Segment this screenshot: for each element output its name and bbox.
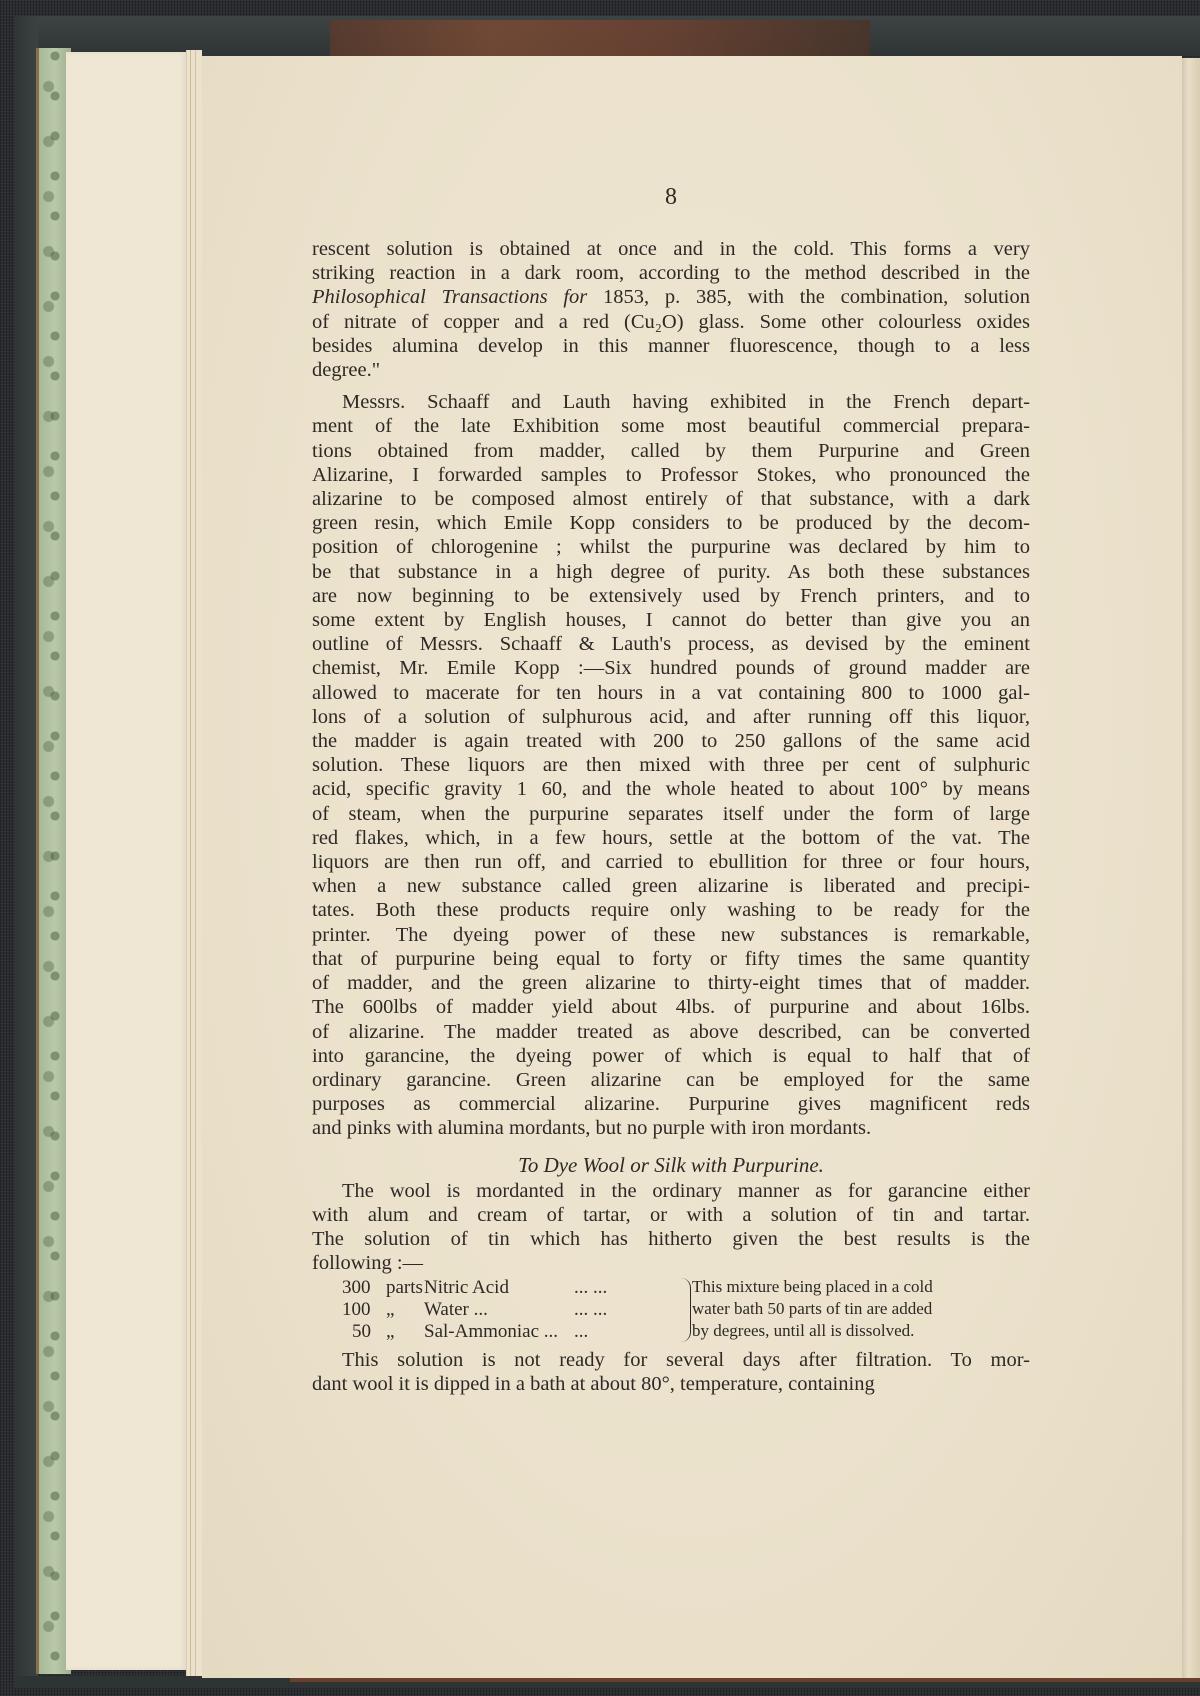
recipe-row: 50„Sal-Ammoniac ... ... [352,1320,634,1344]
recipe-note-line: by degrees, until all is dissolved. [692,1320,1032,1342]
text-line: red flakes, which, in a few hours, settl… [312,826,1030,850]
text-line: solution. These liquors are then mixed w… [312,753,1030,777]
recipe-qty: 50 [352,1320,386,1344]
recipe-qty: 300 [342,1276,386,1300]
text-line: Alizarine, I forwarded samples to Profes… [312,463,1030,487]
text-line: when a new substance called green alizar… [312,874,1030,898]
recipe-unit: „ [386,1320,424,1344]
text-line: green resin, which Emile Kopp considers … [312,511,1030,535]
recipe-ingredient: Nitric Acid [424,1276,574,1300]
page-text-block: 8 rescent solution is obtained at once a… [312,185,1030,1396]
text-line: The wool is mordanted in the ordinary ma… [312,1179,1030,1203]
recipe-note-line: This mixture being placed in a cold [692,1276,1032,1298]
citation-rest: 1853, p. 385, with the combination, solu… [603,286,1030,308]
text-line: of nitrate of copper and a red (Cu₂O) gl… [312,310,1030,334]
text-line: alizarine to be composed almost entirely… [312,487,1030,511]
text-line: position of chlorogenine ; whilst the pu… [312,535,1030,559]
text-line: following :— [312,1251,1030,1275]
leather-binding-left [14,16,38,1680]
recipe-ingredient: Sal-Ammoniac ... [424,1320,574,1344]
text-line: striking reaction in a dark room, accord… [312,261,1030,285]
recipe-note: This mixture being placed in a cold wate… [692,1276,1032,1342]
text-line: outline of Messrs. Schaaff & Lauth's pro… [312,632,1030,656]
paragraph-quote-end: rescent solution is obtained at once and… [312,237,1030,382]
text-line: allowed to macerate for ten hours in a v… [312,681,1030,705]
recipe-unit: „ [386,1298,424,1322]
text-line: This solution is not ready for several d… [312,1348,1030,1372]
text-line: liquors are then run off, and carried to… [312,850,1030,874]
citation-italic: Philosophical Transactions for [312,286,587,308]
text-line: ordinary garancine. Green alizarine can … [312,1068,1030,1092]
brace-bracket [680,1278,691,1342]
text-line: The 600lbs of madder yield about 4lbs. o… [312,995,1030,1019]
text-line: of steam, when the purpurine separates i… [312,802,1030,826]
text-line: The solution of tin which has hitherto g… [312,1227,1030,1251]
section-heading: To Dye Wool or Silk with Purpurine. [312,1153,1030,1177]
text-line: are now beginning to be extensively used… [312,584,1030,608]
recipe-leader: ... [574,1320,634,1344]
paragraph-wool-mordant: The wool is mordanted in the ordinary ma… [312,1179,1030,1276]
page-number: 8 [312,185,1030,209]
text-line: with alum and cream of tartar, or with a… [312,1203,1030,1227]
text-line: into garancine, the dyeing power of whic… [312,1044,1030,1068]
recipe-unit: parts [386,1276,424,1300]
text-line: degree." [312,358,1030,382]
recipe-row: 300partsNitric Acid... ... [342,1276,634,1300]
text-line: rescent solution is obtained at once and… [312,237,1030,261]
text-line: chemist, Mr. Emile Kopp :—Six hundred po… [312,656,1030,680]
text-line: lons of a solution of sulphurous acid, a… [312,705,1030,729]
text-line: tates. Both these products require only … [312,898,1030,922]
recipe-note-line: water bath 50 parts of tin are added [692,1298,1032,1320]
text-line: of madder, and the green alizarine to th… [312,971,1030,995]
flyleaf-page [66,52,188,1670]
text-line-with-citation: Philosophical Transactions for 1853, p. … [312,285,1030,309]
text-line: Messrs. Schaaff and Lauth having exhibit… [312,390,1030,414]
text-line: dant wool it is dipped in a bath at abou… [312,1372,1030,1396]
paragraph-final: This solution is not ready for several d… [312,1348,1030,1396]
text-line: tions obtained from madder, called by th… [312,439,1030,463]
text-line: and pinks with alumina mordants, but no … [312,1116,1030,1140]
recipe-table: 300partsNitric Acid... ... 100„Water ...… [312,1276,1030,1348]
recipe-row: 100„Water ...... ... [342,1298,634,1322]
text-line: acid, specific gravity 1 60, and the who… [312,777,1030,801]
text-line: purposes as commercial alizarine. Purpur… [312,1092,1030,1116]
page-right-edge [1180,58,1200,1678]
recipe-leader: ... ... [574,1298,634,1322]
leather-binding-worn-patch [330,20,870,56]
recipe-qty: 100 [342,1298,386,1322]
text-line: some extent by English houses, I cannot … [312,608,1030,632]
text-line: of alizarine. The madder treated as abov… [312,1020,1030,1044]
recipe-leader: ... ... [574,1276,634,1300]
text-line: that of purpurine being equal to forty o… [312,947,1030,971]
paragraph-schaaff-lauth: Messrs. Schaaff and Lauth having exhibit… [312,390,1030,1140]
text-line: printer. The dyeing power of these new s… [312,923,1030,947]
text-line: ment of the late Exhibition some most be… [312,414,1030,438]
text-line: besides alumina develop in this manner f… [312,334,1030,358]
text-line: the madder is again treated with 200 to … [312,729,1030,753]
text-line: be that substance in a high degree of pu… [312,560,1030,584]
recipe-ingredient: Water ... [424,1298,574,1322]
page-stack-edges [186,50,202,1676]
